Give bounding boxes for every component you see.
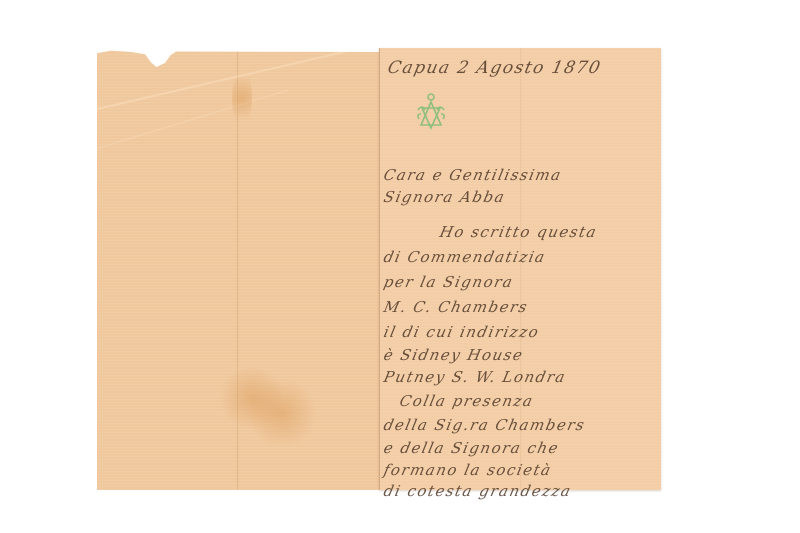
monogram-icon	[416, 92, 446, 132]
letter-right-page: Capua 2 Agosto 1870 Cara e Gentilissima …	[379, 48, 661, 490]
letter-line: di Commendatizia	[382, 248, 659, 266]
letter-line: per la Signora	[382, 273, 659, 291]
letter-line: di cotesta grandezza	[382, 482, 659, 500]
letter-line: e della Signora che	[382, 439, 659, 457]
letter-line: Putney S. W. Londra	[382, 368, 659, 386]
letter-line: il di cui indirizzo	[382, 323, 659, 341]
letter-line: Signora Abba	[382, 188, 659, 206]
letter-line: della Sig.ra Chambers	[382, 416, 659, 434]
letter-line: M. C. Chambers	[382, 298, 659, 316]
water-stain	[247, 378, 317, 448]
dateline: Capua 2 Agosto 1870	[386, 58, 659, 78]
letter-left-page	[97, 48, 380, 490]
fold-stain	[232, 68, 252, 128]
letter-line: Ho scritto questa	[438, 223, 659, 241]
letter-line: Cara e Gentilissima	[382, 166, 659, 184]
letter-line: è Sidney House	[382, 346, 659, 364]
diagonal-crease	[97, 90, 289, 149]
letter-photo: Capua 2 Agosto 1870 Cara e Gentilissima …	[97, 48, 660, 490]
letter-line: Colla presenza	[398, 392, 659, 410]
letter-line: formano la società	[382, 461, 659, 479]
